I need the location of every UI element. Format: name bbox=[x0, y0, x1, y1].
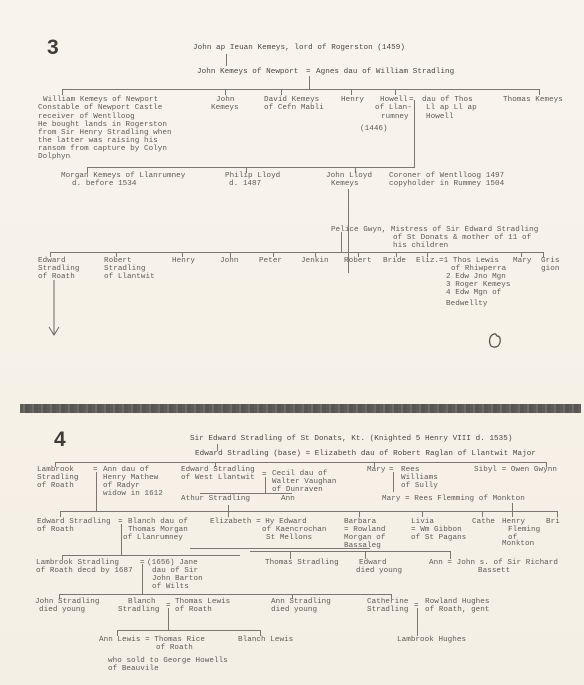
tree-line bbox=[96, 472, 97, 512]
tree-line bbox=[557, 511, 558, 517]
name-line: died young bbox=[271, 606, 317, 615]
name-line: of Llanrumney bbox=[123, 534, 183, 543]
person-robert: Robert bbox=[344, 257, 372, 266]
name-line: of Roath bbox=[175, 606, 212, 615]
tree-line bbox=[351, 89, 352, 95]
name-line: of Llantwit bbox=[104, 273, 155, 282]
person-cathe: Cathe bbox=[472, 518, 495, 527]
tree-line bbox=[226, 54, 227, 66]
name-line: his children bbox=[393, 242, 448, 251]
tree-line bbox=[422, 511, 423, 517]
sibling-bar bbox=[87, 167, 415, 168]
person-john: John bbox=[220, 257, 238, 266]
name-line: Stradling bbox=[118, 606, 159, 615]
name-line: Monkton bbox=[502, 540, 534, 549]
sibling-bar bbox=[59, 594, 391, 595]
tree-line bbox=[450, 551, 451, 559]
person-peter: Peter bbox=[259, 257, 282, 266]
name-line: Bassaleg bbox=[344, 542, 381, 551]
name-line: of Wilts bbox=[152, 583, 189, 592]
name-line: Constable of Newport Castle bbox=[38, 104, 162, 113]
name-line: Bedwellty bbox=[446, 300, 487, 309]
tree-line bbox=[414, 100, 415, 168]
mary-rees-flemming: Mary = Rees Flemming of Monkton bbox=[382, 495, 525, 504]
agnes-stradling: Agnes dau of William Stradling bbox=[316, 68, 454, 77]
tree-line bbox=[228, 505, 229, 517]
tree-line bbox=[512, 503, 513, 517]
sibling-bar bbox=[200, 493, 292, 494]
person-jenkin: Jenkin bbox=[301, 257, 329, 266]
tree-line bbox=[142, 564, 143, 594]
person-henry: Henry bbox=[341, 96, 364, 105]
name-line: Ll ap Ll ap bbox=[426, 104, 477, 113]
name-line: of Cefn Mabli bbox=[264, 104, 324, 113]
sibling-bar bbox=[50, 252, 544, 253]
tree-line bbox=[265, 477, 266, 494]
genealogy-page: 3 John ap Ieuan Kemeys, lord of Rogersto… bbox=[0, 0, 584, 685]
tree-line bbox=[365, 551, 366, 559]
name-line: of St Pagans bbox=[411, 534, 466, 543]
person-thomas-stradling: Thomas Stradling bbox=[265, 559, 339, 568]
name-line: Howell bbox=[426, 113, 454, 122]
name-line: of Sully bbox=[401, 482, 438, 491]
tree-line bbox=[341, 232, 342, 252]
name-line: of Roath decd by 1687 bbox=[36, 567, 133, 576]
handwritten-mark-icon bbox=[487, 331, 503, 349]
name-line: of Roath bbox=[37, 526, 74, 535]
name-line: of Beauvile bbox=[108, 665, 159, 674]
tree-line bbox=[359, 511, 360, 517]
person-blanch-lewis: Blanch Lewis bbox=[238, 636, 293, 645]
section-number-4: 4 bbox=[54, 428, 66, 452]
of-roath: of Roath bbox=[156, 644, 193, 653]
name-line: 4 Edw Mgn of bbox=[446, 289, 501, 298]
name-line: of Roath, gent bbox=[425, 606, 490, 615]
section-number-3: 3 bbox=[47, 36, 59, 60]
root-ancestor: John ap Ieuan Kemeys, lord of Rogerston … bbox=[193, 44, 405, 53]
name-line: of West Llantwit bbox=[181, 474, 255, 483]
person-mary: Mary bbox=[367, 466, 385, 475]
sibling-bar bbox=[60, 511, 558, 512]
bassett: Bassett bbox=[478, 567, 510, 576]
name-line: Stradling bbox=[367, 606, 408, 615]
john-kemeys-newport: John Kemeys of Newport bbox=[197, 68, 298, 77]
name-line: Kemeys bbox=[331, 180, 359, 189]
name-line: of Llan- bbox=[375, 104, 412, 113]
continues-arrow-icon bbox=[48, 280, 60, 338]
person-athur-stradling: Athur Stradling bbox=[181, 495, 250, 504]
name-line: gion bbox=[541, 265, 559, 274]
person-henry: Henry bbox=[172, 257, 195, 266]
name-line: copyholder in Rummey 1504 bbox=[389, 180, 504, 189]
tree-line bbox=[62, 89, 63, 95]
tree-line bbox=[60, 511, 61, 517]
name-line: d. before 1534 bbox=[72, 180, 137, 189]
person-mary: Mary bbox=[513, 257, 531, 266]
tree-line bbox=[539, 89, 540, 95]
name-line: d. 1487 bbox=[229, 180, 261, 189]
sibyl-owen-gwynn: Sibyl = Owen Gwynn bbox=[474, 466, 557, 475]
marriage-sign: = bbox=[409, 96, 414, 105]
howell-year: (1446) bbox=[360, 125, 388, 134]
name-line: Dolphyn bbox=[38, 153, 70, 162]
tree-line bbox=[417, 608, 418, 636]
sir-edward-stradling: Sir Edward Stradling of St Donats, Kt. (… bbox=[190, 435, 513, 444]
sibling-bar bbox=[55, 462, 547, 463]
sibling-bar bbox=[117, 630, 261, 631]
tree-line bbox=[482, 511, 483, 517]
tree-line bbox=[290, 551, 291, 559]
sibling-bar bbox=[62, 89, 540, 90]
tree-line bbox=[395, 89, 396, 95]
tree-line bbox=[168, 608, 169, 630]
name-line: rumney bbox=[381, 113, 409, 122]
sibling-bar bbox=[190, 548, 370, 549]
tree-line bbox=[309, 76, 310, 90]
tree-line bbox=[121, 524, 122, 556]
tree-line bbox=[393, 472, 394, 492]
name-line: died young bbox=[39, 606, 85, 615]
person-bride: Bride bbox=[383, 257, 406, 266]
person-bri: Bri bbox=[546, 518, 560, 527]
section-divider bbox=[20, 404, 581, 413]
tree-line bbox=[225, 89, 226, 95]
person-thomas-kemeys: Thomas Kemeys bbox=[503, 96, 563, 105]
name-line: St Mellons bbox=[266, 534, 312, 543]
name-line: died young bbox=[356, 567, 402, 576]
name-line: of Roath bbox=[37, 482, 74, 491]
edward-stradling-base-couple: Edward Stradling (base) = Elizabeth dau … bbox=[195, 450, 536, 459]
person-ann: Ann bbox=[281, 495, 295, 504]
tree-line bbox=[290, 551, 450, 552]
name-line: Kemeys bbox=[211, 104, 239, 113]
tree-line bbox=[281, 89, 282, 95]
person-lambrook-hughes: Lambrook Hughes bbox=[397, 636, 466, 645]
tree-line bbox=[70, 555, 240, 556]
name-line: widow in 1612 bbox=[103, 490, 163, 499]
